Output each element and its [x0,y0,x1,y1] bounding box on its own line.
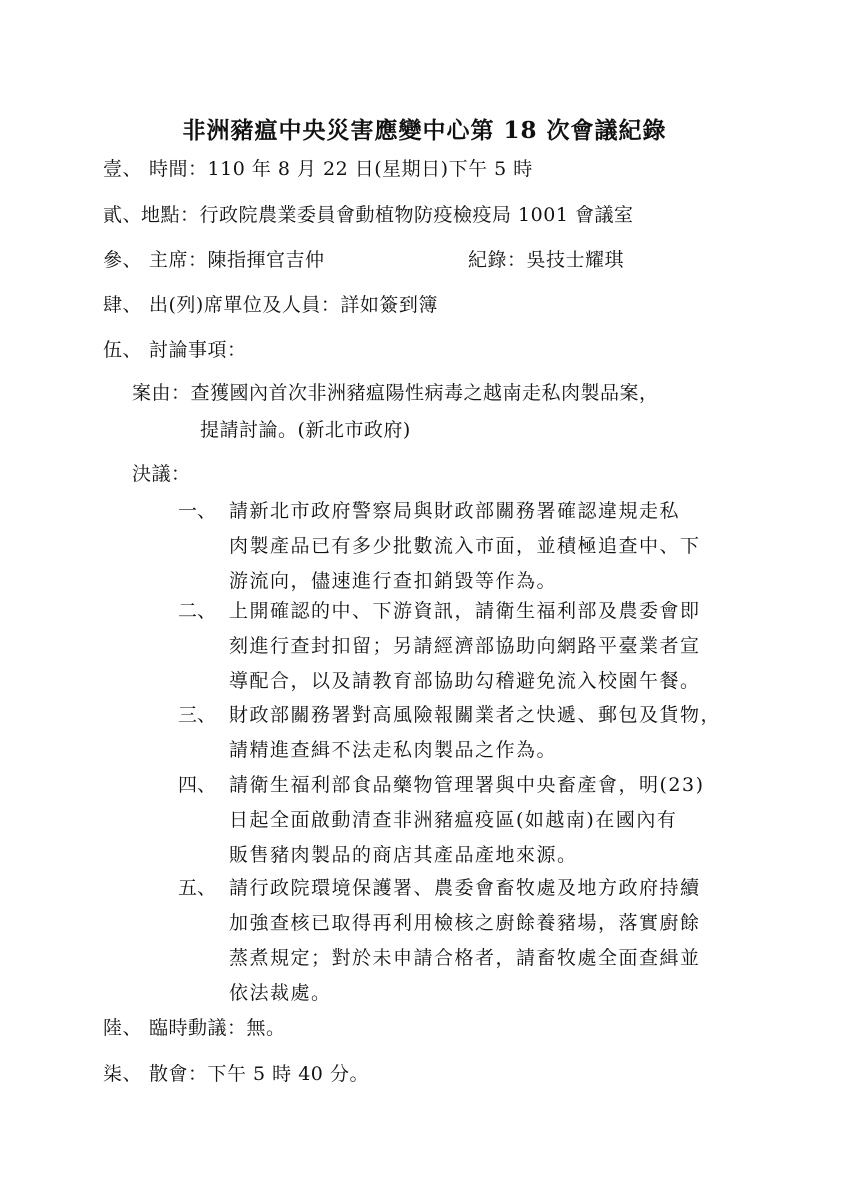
section-discussion: 伍、討論事項： [103,338,247,362]
section-value: 110 年 8 月 22 日(星期日)下午 5 時 [208,158,533,180]
section-label: 時間： [149,158,208,180]
resolution-line: 請精進查緝不法走私肉製品之作為。 [229,738,789,773]
resolution-line: 肉製產品已有多少批數流入市面，並積極追查中、下 [229,534,789,569]
section-number: 壹、 [103,157,149,181]
section-adjournment: 柒、散會：下午 5 時 40 分。 [103,1062,369,1086]
document-page: 非洲豬瘟中央災害應變中心第 18 次會議紀錄 壹、時間：110 年 8 月 22… [0,0,849,1200]
resolution-line: 蒸煮規定；對於未申請合格者，請畜牧處全面查緝並 [229,946,789,981]
section-extempore-motion: 陸、臨時動議：無。 [103,1016,286,1040]
resolution-line: 上開確認的中、下游資訊，請衛生福利部及農委會即 [229,599,789,634]
section-label: 討論事項： [149,339,247,361]
section-location: 貳、地點：行政院農業委員會動植物防疫檢疫局 1001 會議室 [103,203,633,227]
section-number: 柒、 [103,1062,149,1086]
section-number: 貳、 [103,203,141,227]
section-time: 壹、時間：110 年 8 月 22 日(星期日)下午 5 時 [103,157,533,181]
section-value: 陳指揮官吉仲 [208,249,325,271]
resolution-line: 請新北市政府警察局與財政部關務署確認違規走私 [229,499,789,534]
resolution-number: 三、 [178,703,216,727]
case-line: 提請討論。(新北市政府) [200,419,411,441]
section-value: 行政院農業委員會動植物防疫檢疫局 1001 會議室 [200,204,634,226]
section-attendees: 肆、出(列)席單位及人員：詳如簽到簿 [103,293,438,317]
recorder-label: 紀錄： [468,249,527,271]
section-label: 散會： [149,1063,208,1085]
resolution-line: 加強查核已取得再利用檢核之廚餘養豬場，落實廚餘 [229,911,789,946]
resolution-line: 導配合，以及請教育部協助勾稽避免流入校園午餐。 [229,669,789,704]
resolution-line: 刻進行查封扣留；另請經濟部協助向網路平臺業者宣 [229,634,789,669]
section-value: 無。 [247,1017,286,1039]
section-label: 地點： [141,204,200,226]
resolution-line: 財政部關務署對高風險報關業者之快遞、郵包及貨物， [229,703,789,738]
resolution-heading: 決議： [132,462,191,486]
case-line: 查獲國內首次非洲豬瘟陽性病毒之越南走私肉製品案， [191,382,659,404]
section-label: 主席： [149,249,208,271]
resolution-line: 請衛生福利部食品藥物管理署與中央畜產會，明(23) [229,773,789,808]
section-label: 出(列)席單位及人員： [149,294,340,316]
resolution-number: 四、 [178,773,216,797]
resolution-number: 二、 [178,599,216,623]
document-title: 非洲豬瘟中央災害應變中心第 18 次會議紀錄 [0,112,849,145]
resolution-number: 五、 [178,876,216,900]
section-number: 陸、 [103,1016,149,1040]
resolution-line: 請行政院環境保護署、農委會畜牧處及地方政府持續 [229,876,789,911]
case-subject: 案由：查獲國內首次非洲豬瘟陽性病毒之越南走私肉製品案， [132,381,659,405]
section-number: 參、 [103,248,149,272]
section-label: 臨時動議： [149,1017,247,1039]
case-label: 案由： [132,382,191,404]
resolution-number: 一、 [178,499,216,523]
resolution-line: 販售豬肉製品的商店其產品產地來源。 [229,843,789,878]
section-value: 詳如簽到簿 [340,294,438,316]
section-number: 肆、 [103,293,149,317]
section-value: 下午 5 時 40 分。 [208,1063,369,1085]
resolution-line: 日起全面啟動清查非洲豬瘟疫區(如越南)在國內有 [229,808,789,843]
section-number: 伍、 [103,338,149,362]
case-subject-continued: 提請討論。(新北市政府) [200,418,411,442]
resolution-line: 依法裁處。 [229,981,789,1016]
section-recorder: 紀錄：吳技士耀琪 [468,248,624,272]
section-chair: 參、主席：陳指揮官吉仲 [103,248,325,272]
recorder-value: 吳技士耀琪 [527,249,625,271]
